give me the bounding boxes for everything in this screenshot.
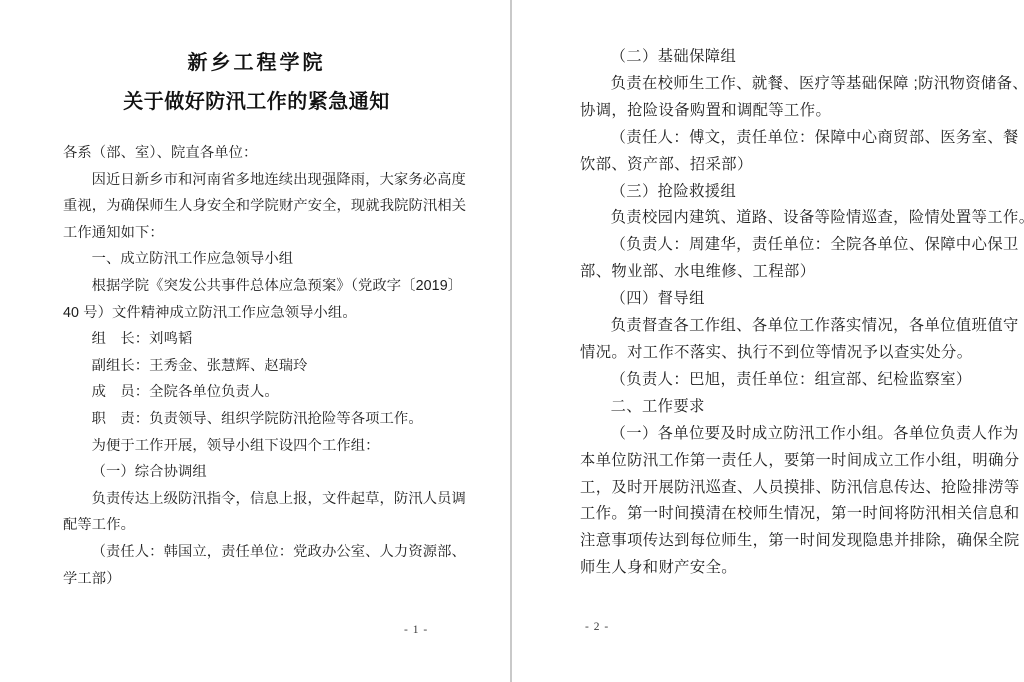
doc-line: 重视，为确保师生人身安全和学院财产安全，现就我院防汛相关 [63, 193, 450, 220]
doc-line: 工作通知如下： [63, 220, 450, 247]
doc-line: 工作。第一时间摸清在校师生情况，第一时间将防汛相关信息和 [580, 501, 1005, 528]
page-number-1: - 1 - [404, 624, 428, 636]
doc-line: 为便于工作开展，领导小组下设四个工作组： [63, 433, 450, 460]
doc-section-heading: 一、成立防汛工作应急领导小组 [63, 246, 450, 273]
doc-line: 部、物业部、水电维修、工程部） [580, 259, 1005, 286]
doc-line: 师生人身和财产安全。 [580, 555, 1005, 582]
doc-line: 因近日新乡市和河南省多地连续出现强降雨，大家务必高度 [63, 167, 450, 194]
doc-line: 副组长：王秀金、张慧辉、赵瑞玲 [63, 353, 450, 380]
doc-line: 情况。对工作不落实、执行不到位等情况予以查实处分。 [580, 340, 1005, 367]
doc-line: 根据学院《突发公共事件总体应急预案》（党政字〔2019〕 [63, 273, 450, 300]
doc-line: 组 长：刘鸣韬 [63, 326, 450, 353]
page-2-body: （二）基础保障组 负责在校师生工作、就餐、医疗等基础保障 ;防汛物资储备、 协调… [580, 0, 1005, 582]
doc-line: 成 员：全院各单位负责人。 [63, 379, 450, 406]
doc-line: （负责人：巴旭，责任单位：组宣部、纪检监察室） [580, 367, 1005, 394]
doc-subsection-heading: （二）基础保障组 [580, 44, 1005, 71]
doc-line: 负责传达上级防汛指令，信息上报，文件起草，防汛人员调 [63, 486, 450, 513]
doc-line: 学工部） [63, 566, 450, 593]
doc-line: 配等工作。 [63, 512, 450, 539]
doc-subsection-heading: （三）抢险救援组 [580, 179, 1005, 206]
page-2: （二）基础保障组 负责在校师生工作、就餐、医疗等基础保障 ;防汛物资储备、 协调… [512, 0, 1024, 682]
document-viewer: 新乡工程学院 关于做好防汛工作的紧急通知 各系（部、室）、院直各单位： 因近日新… [0, 0, 1024, 682]
doc-line: 40 号）文件精神成立防汛工作应急领导小组。 [63, 300, 450, 327]
document-title-org: 新乡工程学院 [63, 44, 450, 82]
doc-line: 协调，抢险设备购置和调配等工作。 [580, 98, 1005, 125]
document-title-block: 新乡工程学院 关于做好防汛工作的紧急通知 [63, 0, 450, 122]
doc-line: （责任人：傅文，责任单位：保障中心商贸部、医务室、餐 [580, 125, 1005, 152]
doc-line: 负责督查各工作组、各单位工作落实情况，各单位值班值守 [580, 313, 1005, 340]
page-1-body: 各系（部、室）、院直各单位： 因近日新乡市和河南省多地连续出现强降雨，大家务必高… [63, 140, 450, 592]
doc-subsection-heading: （一）综合协调组 [63, 459, 450, 486]
doc-line: 饮部、资产部、招采部） [580, 152, 1005, 179]
doc-line: 注意事项传达到每位师生，第一时间发现隐患并排除，确保全院 [580, 528, 1005, 555]
page-1: 新乡工程学院 关于做好防汛工作的紧急通知 各系（部、室）、院直各单位： 因近日新… [0, 0, 510, 682]
doc-line: 职 责：负责领导、组织学院防汛抢险等各项工作。 [63, 406, 450, 433]
doc-line: （一）各单位要及时成立防汛工作小组。各单位负责人作为 [580, 421, 1005, 448]
doc-line: （责任人：韩国立，责任单位：党政办公室、人力资源部、 [63, 539, 450, 566]
page-number-2: - 2 - [585, 621, 609, 633]
doc-line: 本单位防汛工作第一责任人，要第一时间成立工作小组，明确分 [580, 448, 1005, 475]
doc-line: 各系（部、室）、院直各单位： [63, 140, 450, 167]
document-title-subject: 关于做好防汛工作的紧急通知 [63, 82, 450, 122]
doc-section-heading: 二、工作要求 [580, 394, 1005, 421]
doc-line: 负责在校师生工作、就餐、医疗等基础保障 ;防汛物资储备、 [580, 71, 1005, 98]
doc-line: 工，及时开展防汛巡查、人员摸排、防汛信息传达、抢险排涝等 [580, 475, 1005, 502]
doc-line: （负责人：周建华，责任单位：全院各单位、保障中心保卫 [580, 232, 1005, 259]
doc-line: 负责校园内建筑、道路、设备等险情巡查，险情处置等工作。 [580, 205, 1005, 232]
doc-subsection-heading: （四）督导组 [580, 286, 1005, 313]
